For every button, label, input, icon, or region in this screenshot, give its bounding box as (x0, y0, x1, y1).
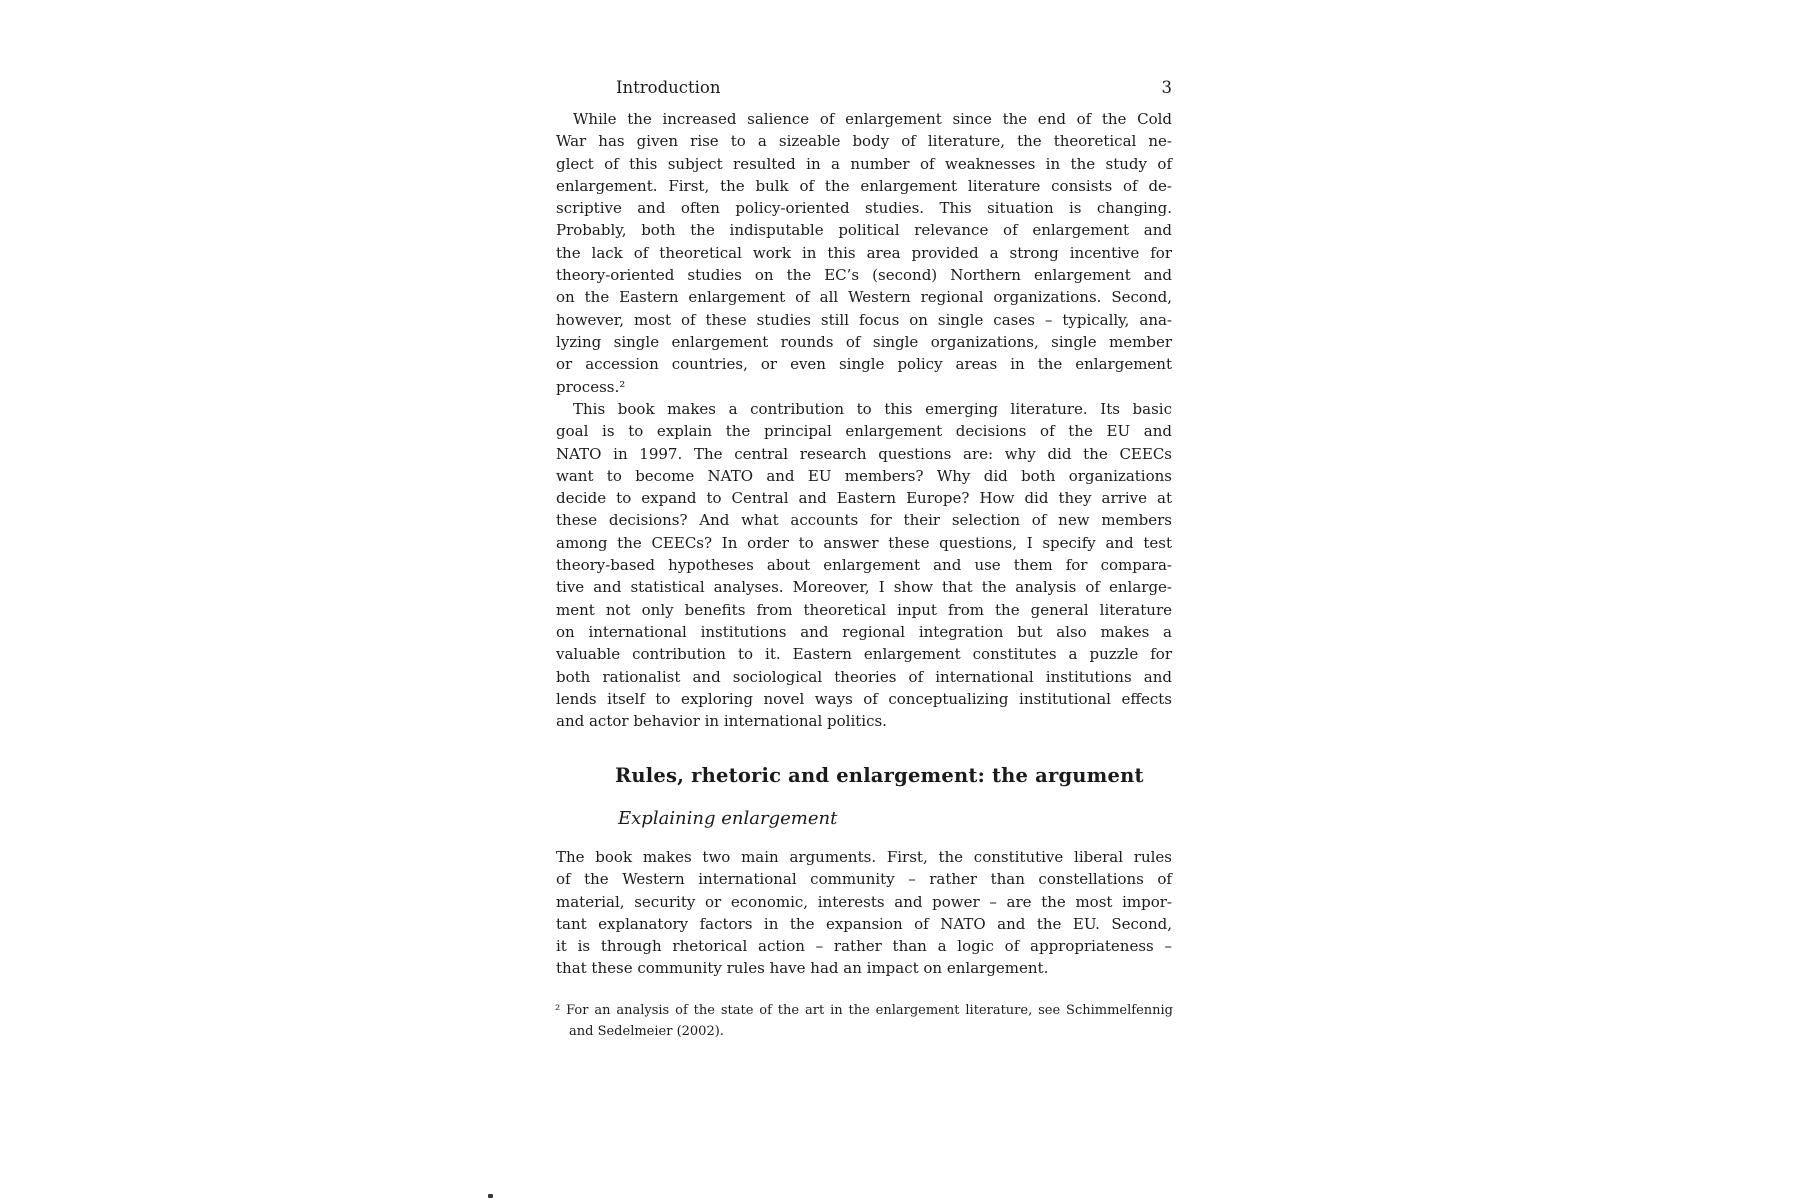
text-line: War has given rise to a sizeable body of… (556, 130, 1172, 152)
text-line: valuable contribution to it. Eastern enl… (556, 643, 1172, 665)
text-line: tive and statistical analyses. Moreover,… (556, 576, 1172, 598)
text-line: on international institutions and region… (556, 621, 1172, 643)
text-line: and actor behavior in international poli… (556, 710, 1172, 732)
text-line: lends itself to exploring novel ways of … (556, 688, 1172, 710)
text-line: among the CEECs? In order to answer thes… (556, 532, 1172, 554)
section-heading: Rules, rhetoric and enlargement: the arg… (615, 764, 1175, 788)
book-page: Introduction 3 While the increased salie… (0, 0, 1800, 1200)
text-line: both rationalist and sociological theori… (556, 666, 1172, 688)
text-line: tant explanatory factors in the expansio… (556, 913, 1172, 935)
page-header: Introduction 3 (556, 77, 1172, 99)
page-number: 3 (1162, 77, 1173, 99)
text-line: This book makes a contribution to this e… (556, 398, 1172, 420)
text-line: these decisions? And what accounts for t… (556, 509, 1172, 531)
text-line: on the Eastern enlargement of all Wester… (556, 286, 1172, 308)
text-line: lyzing single enlargement rounds of sing… (556, 331, 1172, 353)
text-line: of the Western international community –… (556, 868, 1172, 890)
running-title: Introduction (616, 77, 721, 99)
text-line: it is through rhetorical action – rather… (556, 935, 1172, 957)
footnote: ² For an analysis of the state of the ar… (555, 1001, 1173, 1042)
text-line: Probably, both the indisputable politica… (556, 219, 1172, 241)
text-line: The book makes two main arguments. First… (556, 846, 1172, 868)
text-line: process.² (556, 376, 1172, 398)
intro-paragraph-1: While the increased salience of enlargem… (556, 108, 1172, 398)
text-line: goal is to explain the principal enlarge… (556, 420, 1172, 442)
text-line: scriptive and often policy-oriented stud… (556, 197, 1172, 219)
text-line: that these community rules have had an i… (556, 957, 1172, 979)
intro-paragraph-2: This book makes a contribution to this e… (556, 398, 1172, 732)
text-line: however, most of these studies still foc… (556, 309, 1172, 331)
text-line: ment not only benefits from theoretical … (556, 599, 1172, 621)
text-line: or accession countries, or even single p… (556, 353, 1172, 375)
text-line: While the increased salience of enlargem… (556, 108, 1172, 130)
text-line: the lack of theoretical work in this are… (556, 242, 1172, 264)
subsection-heading: Explaining enlargement (618, 808, 1178, 830)
text-line: theory-based hypotheses about enlargemen… (556, 554, 1172, 576)
argument-paragraph: The book makes two main arguments. First… (556, 846, 1172, 980)
text-line: want to become NATO and EU members? Why … (556, 465, 1172, 487)
scan-speck (488, 1194, 493, 1198)
text-line: glect of this subject resulted in a numb… (556, 153, 1172, 175)
text-line: enlargement. First, the bulk of the enla… (556, 175, 1172, 197)
text-line: ² For an analysis of the state of the ar… (555, 1001, 1173, 1022)
text-line: material, security or economic, interest… (556, 891, 1172, 913)
text-line: theory-oriented studies on the EC’s (sec… (556, 264, 1172, 286)
text-line: decide to expand to Central and Eastern … (556, 487, 1172, 509)
text-line: and Sedelmeier (2002). (555, 1022, 1173, 1043)
text-line: NATO in 1997. The central research quest… (556, 443, 1172, 465)
